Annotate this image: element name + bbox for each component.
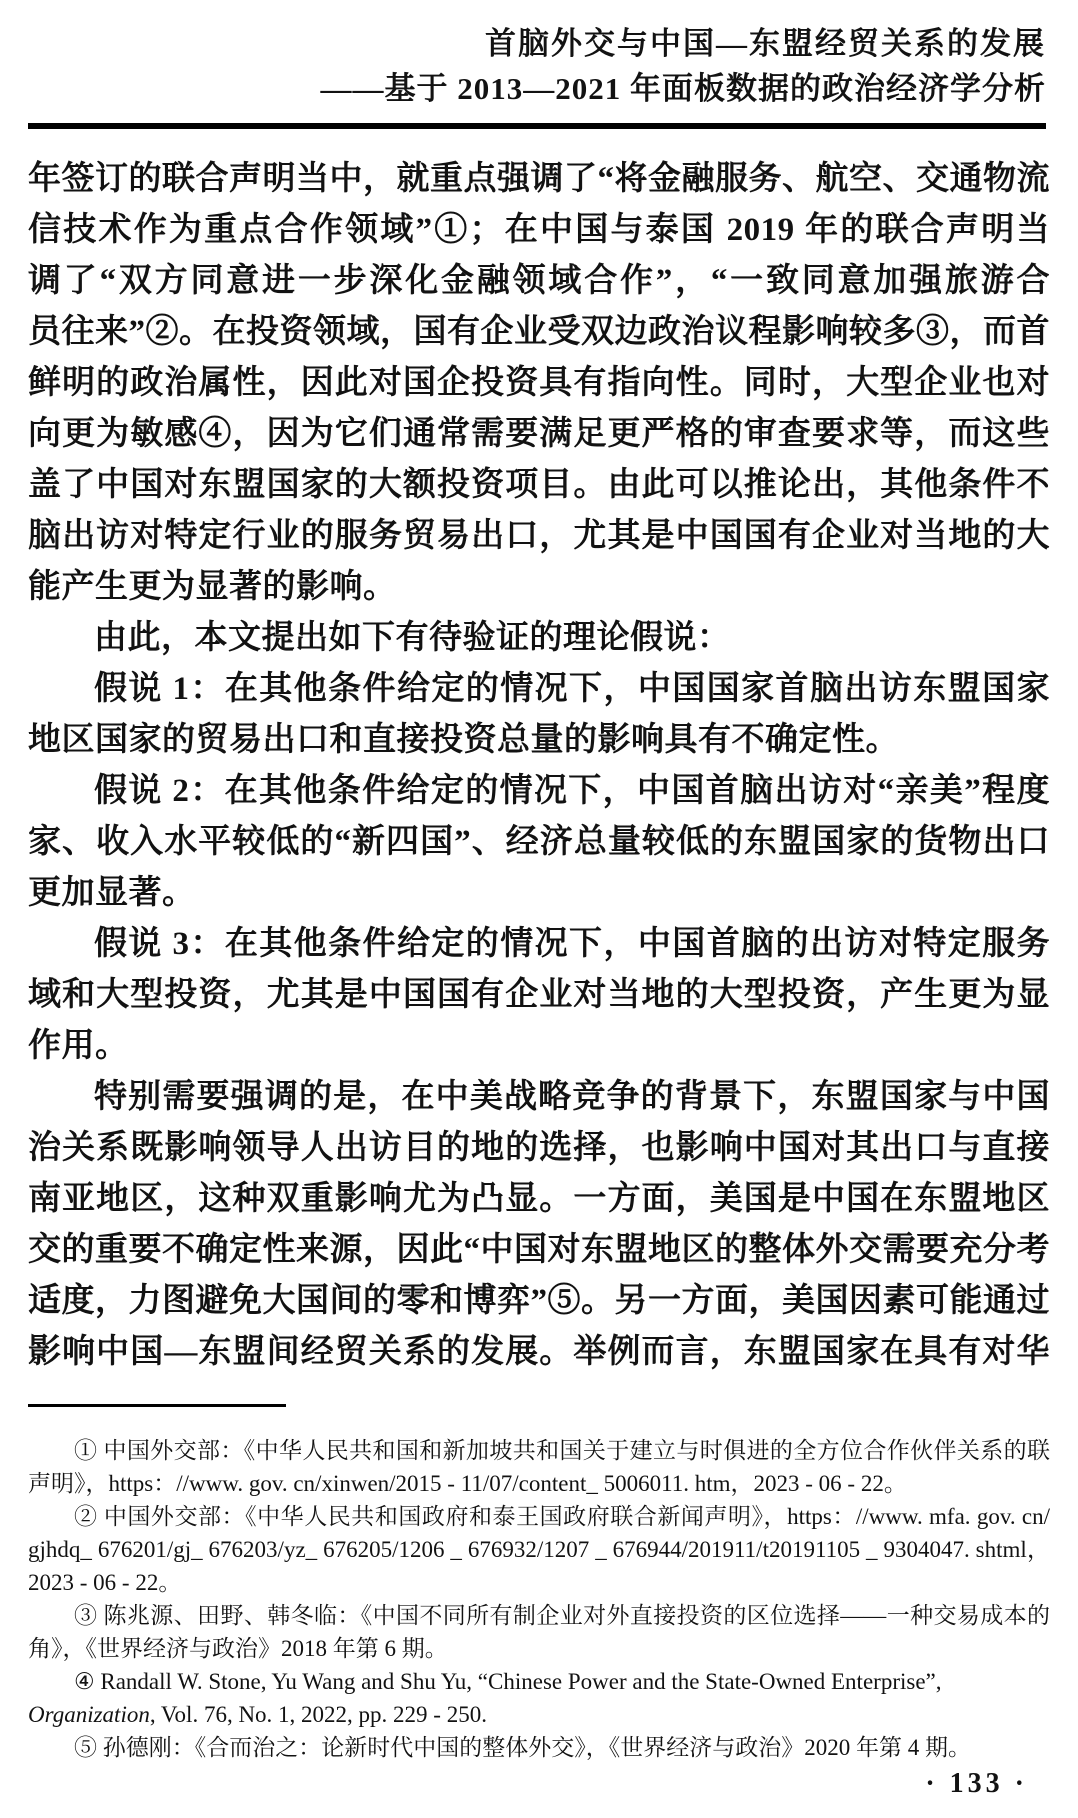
body-line: 向更为敏感④，因为它们通常需要满足更严格的审查要求等，而这些企业通常涵 [28,409,1050,460]
body-line: 信技术作为重点合作领域”①；在中国与泰国 2019 年的联合声明当中，也重点强 [28,205,1050,256]
footnote-2-line: gjhdq_ 676201/gj_ 676203/yz_ 676205/1206… [28,1533,1050,1566]
body-line: 适度，力图避免大国间的零和博弈”⑤。另一方面，美国因素可能通过多种渠道 [28,1276,1050,1327]
page-number: · 133 · [925,1768,1028,1800]
footnote-4-line: ④ Randall W. Stone, Yu Wang and Shu Yu, … [28,1665,1050,1698]
body-line-hypothesis-3: 假说 3：在其他条件给定的情况下，中国首脑的出访对特定服务贸易出口领 [28,919,1050,970]
body-line: 交的重要不确定性来源，因此“中国对东盟地区的整体外交需要充分考虑各方舒 [28,1225,1050,1276]
footnote-3-line: 角》，《世界经济与政治》2018 年第 6 期。 [28,1632,1050,1665]
body-line: 地区国家的贸易出口和直接投资总量的影响具有不确定性。 [28,715,1050,766]
footnote-rule [28,1404,286,1407]
body-line-hypothesis-1: 假说 1：在其他条件给定的情况下，中国国家首脑出访东盟国家对中国对该 [28,664,1050,715]
footnote-4-journal-italic: Organization [28,1702,150,1727]
body-line: 家、收入水平较低的“新四国”、经济总量较低的东盟国家的货物出口促进效应 [28,817,1050,868]
body-line: 影响中国—东盟间经贸关系的发展。举例而言，东盟国家在具有对华贸易合作意 [28,1327,1050,1378]
footnote-2-line: 2023 - 06 - 22。 [28,1566,1050,1599]
body-text: 年签订的联合声明当中，就重点强调了“将金融服务、航空、交通物流和信息通 信技术作… [28,154,1050,1378]
body-line: 员往来”②。在投资领域，国有企业受双边政治议程影响较多③，而首脑外交具有 [28,307,1050,358]
body-line: 南亚地区，这种双重影响尤为凸显。一方面，美国是中国在东盟地区开展整体外 [28,1174,1050,1225]
body-line: 特别需要强调的是，在中美战略竞争的背景下，东盟国家与中国及美国的政 [28,1072,1050,1123]
footnotes: ① 中国外交部：《中华人民共和国和新加坡共和国关于建立与时俱进的全方位合作伙伴关… [28,1434,1050,1764]
body-line: 能产生更为显著的影响。 [28,562,1050,613]
body-line: 调了“双方同意进一步深化金融领域合作”，“一致同意加强旅游合作，推动人 [28,256,1050,307]
body-line: 脑出访对特定行业的服务贸易出口，尤其是中国国有企业对当地的大型投资，可 [28,511,1050,562]
journal-page: 首脑外交与中国—东盟经贸关系的发展 ——基于 2013—2021 年面板数据的政… [0,0,1078,1818]
running-title: 首脑外交与中国—东盟经贸关系的发展 [28,22,1046,66]
body-line: 作用。 [28,1021,1050,1072]
footnote-4-text: , Vol. 76, No. 1, 2022, pp. 229 - 250. [150,1702,487,1727]
body-line-hypothesis-2: 假说 2：在其他条件给定的情况下，中国首脑出访对“亲美”程度较高的国 [28,766,1050,817]
header-rule [28,123,1046,129]
body-line: 鲜明的政治属性，因此对国企投资具有指向性。同时，大型企业也对政府政策导 [28,358,1050,409]
footnote-2-line: ② 中国外交部：《中华人民共和国政府和泰王国政府联合新闻声明》，https：//… [28,1500,1050,1533]
running-subtitle: ——基于 2013—2021 年面板数据的政治经济学分析 [28,66,1046,112]
body-line: 域和大型投资，尤其是中国国有企业对当地的大型投资，产生更为显著的促进 [28,970,1050,1021]
body-line: 由此，本文提出如下有待验证的理论假说： [28,613,1050,664]
body-line: 盖了中国对东盟国家的大额投资项目。由此可以推论出，其他条件不变，中国首 [28,460,1050,511]
body-line: 年签订的联合声明当中，就重点强调了“将金融服务、航空、交通物流和信息通 [28,154,1050,205]
footnote-1-line: 声明》，https：//www. gov. cn/xinwen/2015 - 1… [28,1467,1050,1500]
footnote-3-line: ③ 陈兆源、田野、韩冬临：《中国不同所有制企业对外直接投资的区位选择——一种交易… [28,1599,1050,1632]
footnote-4-text: ④ Randall W. Stone, Yu Wang and Shu Yu, … [74,1669,942,1694]
body-line: 更加显著。 [28,868,1050,919]
footnote-5-line: ⑤ 孙德刚：《合而治之：论新时代中国的整体外交》，《世界经济与政治》2020 年… [28,1731,1050,1764]
footnote-4-line: Organization, Vol. 76, No. 1, 2022, pp. … [28,1698,1050,1731]
page-header: 首脑外交与中国—东盟经贸关系的发展 ——基于 2013—2021 年面板数据的政… [28,22,1050,129]
body-line: 治关系既影响领导人出访目的地的选择，也影响中国对其出口与直接投资。在东 [28,1123,1050,1174]
footnote-1-line: ① 中国外交部：《中华人民共和国和新加坡共和国关于建立与时俱进的全方位合作伙伴关… [28,1434,1050,1467]
